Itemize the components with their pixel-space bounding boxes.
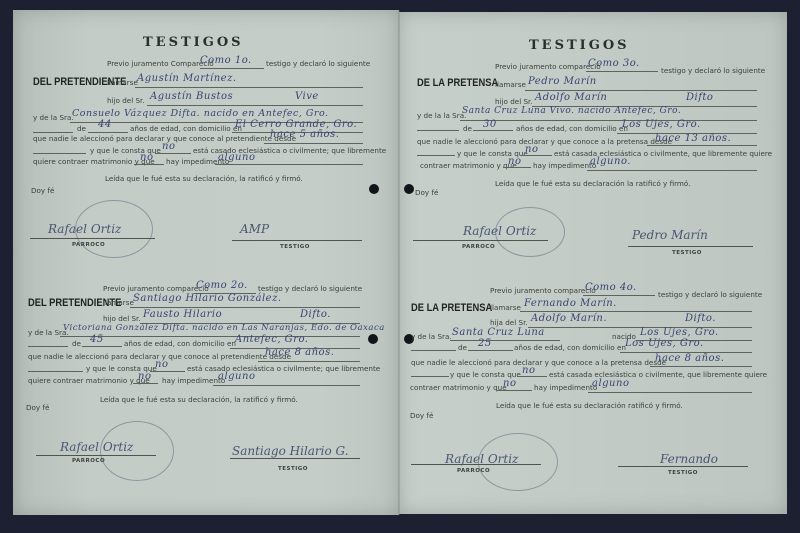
label: años de edad, con domicilio en — [514, 343, 626, 352]
label: hijo del Sr. — [495, 97, 533, 106]
witness-age: 25 — [478, 338, 492, 349]
father-status: Vive — [295, 91, 319, 102]
label: hijo del Sr. — [103, 314, 141, 323]
label: está casada eclesiástica o civilmente, q… — [554, 149, 772, 158]
label: que nadie le aleccionó para declarar y q… — [411, 358, 666, 367]
label: hay impedimento — [533, 161, 596, 170]
witness-order: Como 1o. — [200, 55, 252, 66]
label: está casado eclesiástica o civilmente; q… — [187, 364, 380, 373]
witness-name: Pedro Marín — [528, 76, 597, 87]
label: años de edad, con domicilio en — [124, 339, 236, 348]
mother-name: Santa Cruz Luna Vivo. nacido Antefec, Gr… — [462, 106, 681, 116]
signature-testigo: Pedro Marín — [632, 228, 708, 242]
witness-name: Santiago Hilario González. — [133, 293, 282, 304]
testigo-label: TESTIGO — [672, 250, 702, 256]
witness-order: Como 3o. — [588, 58, 640, 69]
punch-hole — [369, 184, 379, 194]
declaration-text: Leída que le fué esta su declaración, la… — [100, 395, 298, 404]
known-since: hace 8 años. — [655, 353, 724, 364]
father-name: Adolfo Marín. — [531, 313, 607, 324]
label: hay impedimento — [534, 383, 597, 392]
testigo-label: TESTIGO — [278, 466, 308, 472]
father-name: Adolfo Marín — [535, 92, 607, 103]
signature-parroco: Rafael Ortiz — [60, 440, 133, 454]
known-since: hace 5 años. — [270, 129, 339, 140]
mother-name: Santa Cruz Luna — [452, 327, 545, 338]
doy-fe: Doy fé — [415, 188, 438, 197]
mother-name: Victoriana González Difta. nacido en Las… — [63, 323, 385, 333]
witness-order: Como 2o. — [196, 280, 248, 291]
impediment-detail: alguno — [218, 371, 255, 382]
signature-parroco: Rafael Ortiz — [463, 224, 536, 238]
witness-address: Antefec, Gro. — [235, 334, 308, 345]
parroco-label: PARROCO — [462, 244, 495, 250]
label: llamarse — [490, 303, 521, 312]
witness-address: Los Ujes, Gro. — [625, 338, 704, 349]
declaration-text: Leída que le fué esta su declaración rat… — [496, 401, 683, 410]
impediment-answer: no — [508, 156, 521, 167]
witness-age: 30 — [483, 119, 497, 130]
parroco-label: PARROCO — [457, 468, 490, 474]
mother-birthplace: Los Ujes, Gro. — [640, 327, 719, 338]
parroco-label: PARROCO — [72, 458, 105, 464]
doy-fe: Doy fé — [31, 186, 54, 195]
label: de — [463, 124, 472, 133]
label: Previo juramento compareció — [495, 62, 601, 71]
label: Previo juramento compareció — [490, 286, 596, 295]
label: quiere contraer matrimonio y que — [28, 376, 150, 385]
punch-hole — [404, 184, 414, 194]
doy-fe: Doy fé — [410, 411, 433, 420]
witness-address: Los Ujes, Gro. — [622, 119, 701, 130]
known-since: hace 13 años. — [655, 133, 731, 144]
label: hijo del Sr. — [107, 96, 145, 105]
witness-age: 44 — [98, 119, 112, 130]
label: llamarse — [107, 78, 138, 87]
impediment-answer: no — [503, 378, 516, 389]
married-answer: no — [155, 359, 168, 370]
label: testigo y declaró lo siguiente — [661, 66, 765, 75]
declaration-text: Leída que le fué esta su declaración, la… — [105, 174, 303, 183]
page-title-left: TESTIGOS — [143, 35, 244, 50]
punch-hole — [368, 334, 378, 344]
label: y de la Sra. — [33, 113, 74, 122]
impediment-detail: alguno. — [590, 156, 631, 167]
page-fold — [398, 10, 400, 515]
label: y de la Sra. — [411, 332, 452, 341]
doy-fe: Doy fé — [26, 403, 49, 412]
testigo-label: TESTIGO — [280, 244, 310, 250]
label: años de edad, con domicilio en — [130, 124, 242, 133]
signature-testigo: Santiago Hilario G. — [232, 444, 349, 458]
label: que nadie le aleccionó para declarar y q… — [417, 137, 672, 146]
married-answer: no — [525, 144, 538, 155]
father-status: Difto. — [300, 309, 331, 320]
signature-testigo: Fernando — [660, 452, 718, 466]
impediment-answer: no — [138, 371, 151, 382]
section-label: DE LA PRETENSA — [411, 302, 492, 314]
signature-parroco: Rafael Ortiz — [48, 222, 121, 236]
label: está casada eclesiástica o civilmente, q… — [549, 370, 767, 379]
label: testigo y declaró lo siguiente — [266, 59, 370, 68]
label: testigo y declaró lo siguiente — [658, 290, 762, 299]
label: hija del Sr. — [490, 318, 528, 327]
label: y de la la Sra. — [417, 111, 466, 120]
label: años de edad, con domicilio en — [516, 124, 628, 133]
signature-testigo: AMP — [240, 222, 269, 236]
label: Previo juramento Compareció — [107, 59, 214, 68]
label: de — [72, 339, 81, 348]
mother-name: Consuelo Vázquez Difta. nacido en Antefe… — [72, 108, 329, 119]
parroco-label: PARROCO — [72, 242, 105, 248]
label: llamarse — [103, 298, 134, 307]
section-label: DE LA PRETENSA — [417, 77, 498, 89]
label: contraer matrimonio y que — [410, 383, 507, 392]
father-status: Difto. — [685, 313, 716, 324]
married-answer: no — [162, 141, 175, 152]
father-name: Fausto Hilario — [143, 309, 222, 320]
witness-age: 45 — [90, 334, 104, 345]
known-since: hace 8 años. — [265, 347, 334, 358]
impediment-answer: no — [140, 152, 153, 163]
father-status: Difto — [686, 92, 713, 103]
declaration-text: Leída que le fué esta su declaración la … — [495, 179, 690, 188]
label: de — [77, 124, 86, 133]
label: Previo juramento compareció — [103, 284, 209, 293]
label: llamarse — [495, 80, 526, 89]
witness-order: Como 4o. — [585, 282, 637, 293]
label: contraer matrimonio y que — [420, 161, 517, 170]
father-name: Agustín Bustos — [150, 91, 233, 102]
married-answer: no — [522, 365, 535, 376]
label: de — [458, 343, 467, 352]
impediment-detail: alguno — [218, 152, 255, 163]
page-title-right: TESTIGOS — [529, 38, 630, 53]
label: testigo y declaró lo siguiente — [258, 284, 362, 293]
witness-name: Fernando Marín. — [524, 298, 617, 309]
label: hay impedimento — [162, 376, 225, 385]
testigo-label: TESTIGO — [668, 470, 698, 476]
witness-name: Agustín Martínez. — [137, 73, 237, 84]
impediment-detail: alguno — [592, 378, 629, 389]
